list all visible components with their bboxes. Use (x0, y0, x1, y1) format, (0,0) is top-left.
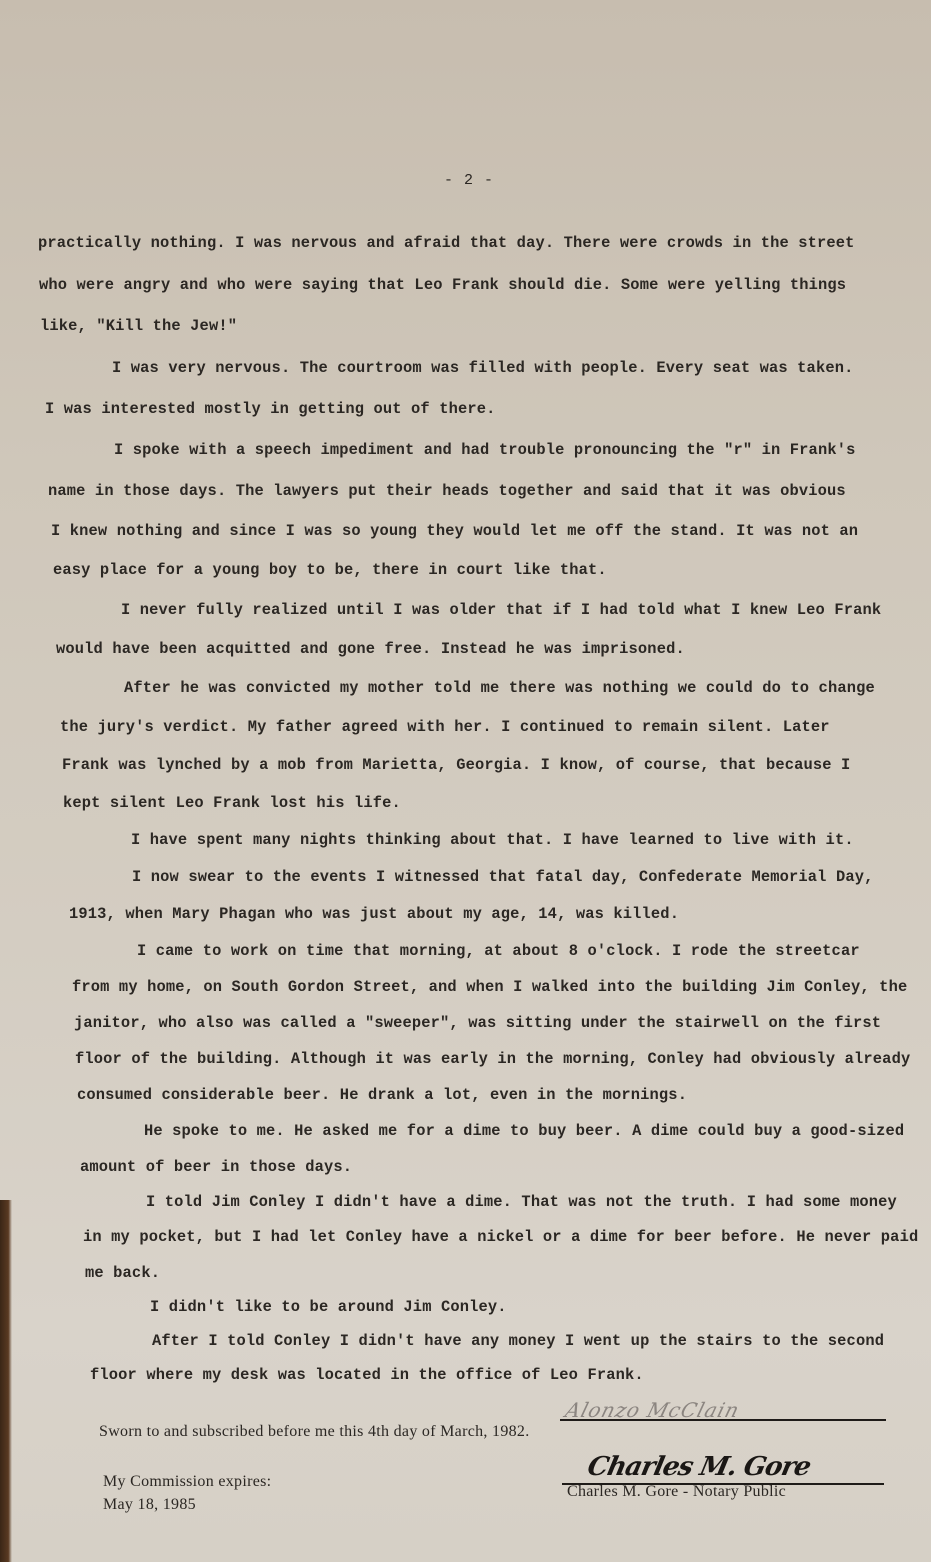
body-line: easy place for a young boy to be, there … (53, 561, 607, 579)
body-line: I didn't like to be around Jim Conley. (150, 1298, 507, 1316)
sworn-statement: Sworn to and subscribed before me this 4… (99, 1423, 530, 1441)
body-line: the jury's verdict. My father agreed wit… (60, 718, 830, 736)
body-line: I have spent many nights thinking about … (131, 831, 854, 849)
affiant-signature-line (560, 1419, 886, 1421)
body-line: from my home, on South Gordon Street, an… (72, 978, 907, 996)
commission-label: My Commission expires: (103, 1473, 271, 1491)
body-line: I spoke with a speech impediment and had… (114, 441, 856, 459)
body-line: name in those days. The lawyers put thei… (48, 482, 846, 500)
body-line: After he was convicted my mother told me… (124, 679, 875, 697)
body-line: who were angry and who were saying that … (39, 276, 846, 294)
body-line: practically nothing. I was nervous and a… (38, 234, 855, 252)
body-line: He spoke to me. He asked me for a dime t… (144, 1122, 904, 1140)
notary-signature: Charles M. Gore (585, 1452, 813, 1482)
body-line: like, "Kill the Jew!" (40, 317, 237, 335)
body-line: me back. (85, 1264, 160, 1282)
body-line: After I told Conley I didn't have any mo… (152, 1332, 884, 1350)
body-line: consumed considerable beer. He drank a l… (77, 1086, 687, 1104)
body-line: I told Jim Conley I didn't have a dime. … (146, 1193, 897, 1211)
body-line: I now swear to the events I witnessed th… (132, 868, 874, 886)
body-line: I was interested mostly in getting out o… (45, 400, 496, 418)
notary-name-title: Charles M. Gore - Notary Public (567, 1483, 786, 1501)
commission-date: May 18, 1985 (103, 1496, 196, 1514)
body-line: floor of the building. Although it was e… (75, 1050, 910, 1068)
page-edge-shadow (0, 1200, 12, 1562)
body-line: I knew nothing and since I was so young … (51, 522, 858, 540)
body-line: floor where my desk was located in the o… (90, 1366, 644, 1384)
body-line: kept silent Leo Frank lost his life. (63, 794, 401, 812)
body-line: in my pocket, but I had let Conley have … (83, 1228, 918, 1246)
body-line: would have been acquitted and gone free.… (56, 640, 685, 658)
body-line: I was very nervous. The courtroom was fi… (112, 359, 854, 377)
body-line: amount of beer in those days. (80, 1158, 352, 1176)
page-number: - 2 - (444, 172, 494, 189)
body-line: Frank was lynched by a mob from Marietta… (62, 756, 850, 774)
body-line: 1913, when Mary Phagan who was just abou… (69, 905, 679, 923)
body-line: I came to work on time that morning, at … (137, 942, 860, 960)
body-line: janitor, who also was called a "sweeper"… (74, 1014, 881, 1032)
body-line: I never fully realized until I was older… (121, 601, 881, 619)
